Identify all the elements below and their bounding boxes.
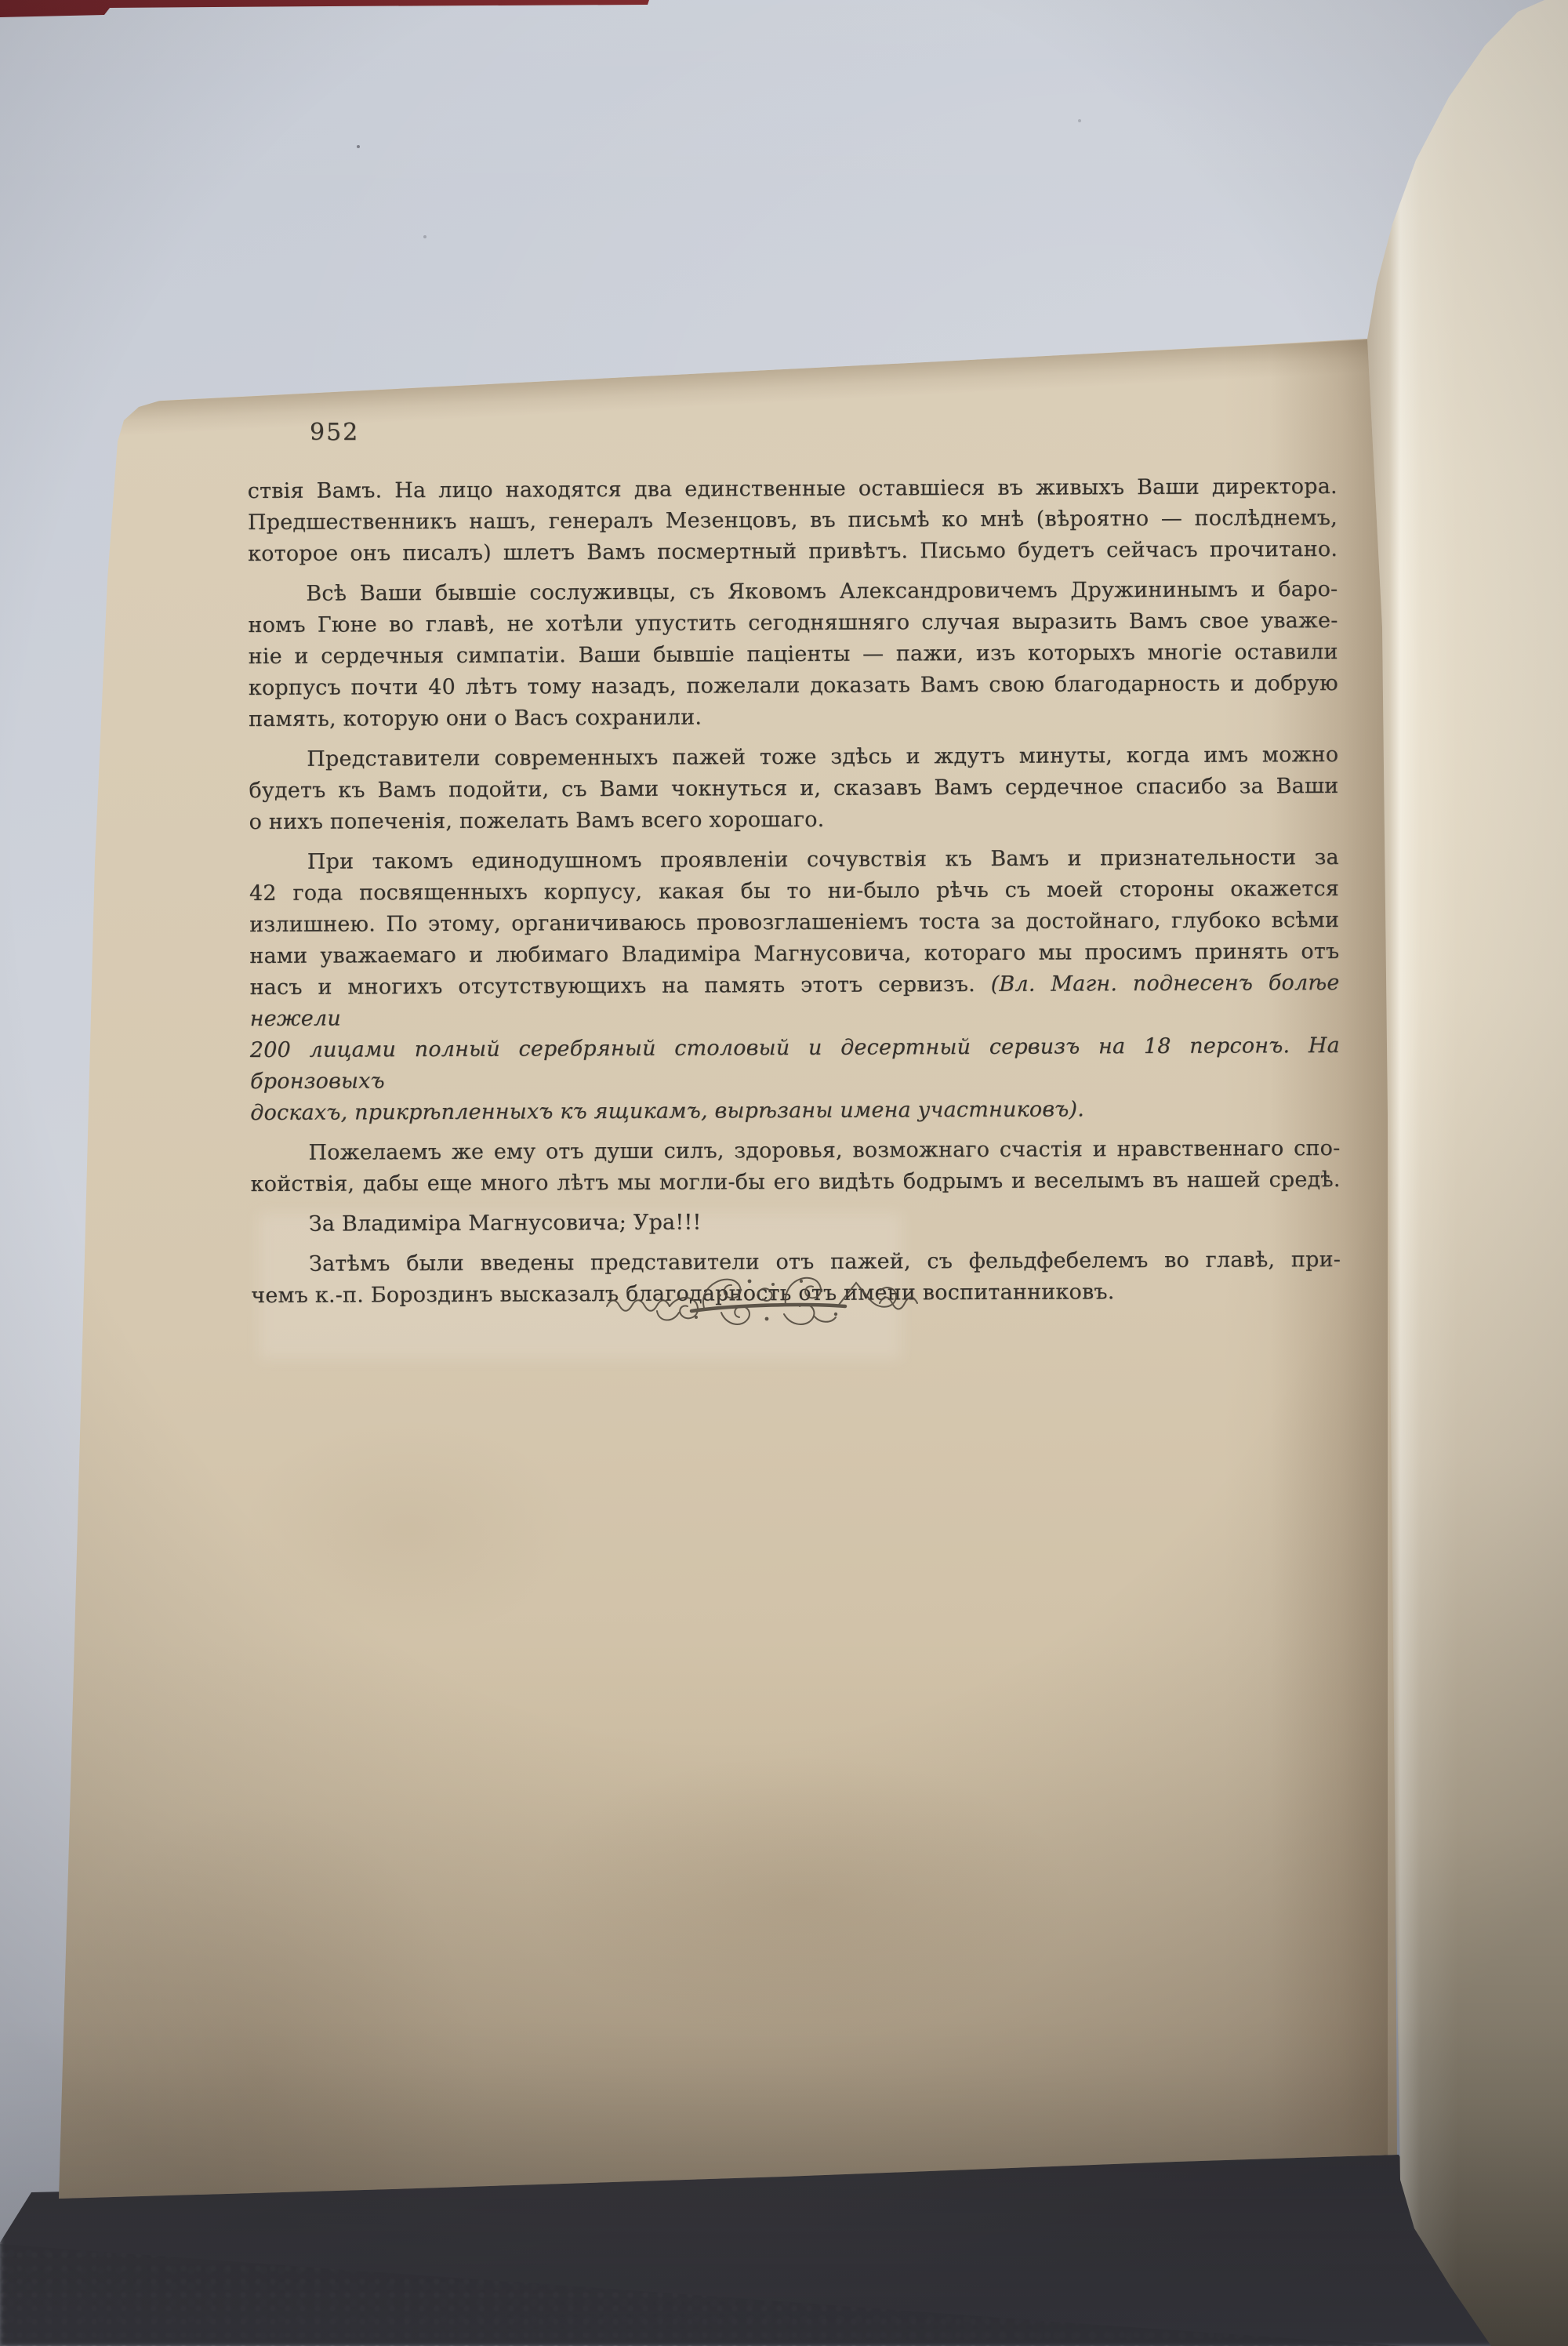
text-line: номъ Гюне во главѣ, не хотѣли упустить с… [248,605,1338,641]
text-line: память, которую они о Васъ сохранили. [249,699,1338,735]
text-line: о нихъ попеченія, пожелать Вамъ всего хо… [249,802,1339,838]
paragraph: При такомъ единодушномъ проявленіи сочув… [249,842,1341,1129]
text-segment: насъ и многихъ отсутствующихъ на память … [249,972,990,1000]
text-line: При такомъ единодушномъ проявленіи сочув… [249,842,1339,878]
text-segment: которое онъ писалъ) шлетъ Вамъ посмертны… [248,537,1338,566]
text-segment: ствія Вамъ. На лицо находятся два единст… [248,474,1338,503]
text-segment: о нихъ попеченія, пожелать Вамъ всего хо… [249,808,825,834]
paragraph: ствія Вамъ. На лицо находятся два единст… [248,471,1338,570]
paragraph: За Владиміра Магнусовича; Ура!!! [251,1204,1341,1240]
text-segment: Всѣ Ваши бывшіе сослуживцы, съ Яковомъ А… [306,577,1338,606]
text-line: Всѣ Ваши бывшіе сослуживцы, съ Яковомъ А… [248,574,1338,610]
text-line: 200 лицами полный серебряный столовый и … [250,1030,1340,1098]
text-line: будетъ къ Вамъ подойти, съ Вами чокнутьс… [249,771,1338,807]
text-segment: номъ Гюне во главѣ, не хотѣли упустить с… [248,608,1338,637]
text-line: доскахъ, прикрѣпленныхъ къ ящикамъ, вырѣ… [250,1093,1340,1129]
text-line: насъ и многихъ отсутствующихъ на память … [249,968,1339,1035]
flourish-divider-icon [604,1264,933,1342]
text-line: ніе и сердечныя симпатіи. Ваши бывшіе па… [249,637,1338,673]
text-segment: При такомъ единодушномъ проявленіи сочув… [307,845,1339,874]
text-segment: будетъ къ Вамъ подойти, съ Вами чокнутьс… [249,774,1338,803]
text-segment: койствія, дабы еще много лѣтъ мы могли-б… [251,1168,1341,1197]
text-line: 42 года посвященныхъ корпусу, какая бы т… [249,873,1339,910]
paragraph: Представители современныхъ пажей тоже зд… [249,739,1339,838]
text-line: За Владиміра Магнусовича; Ура!!! [251,1204,1341,1240]
italic-text-segment: 200 лицами полный серебряный столовый и … [250,1033,1340,1094]
text-line: излишнею. По этому, органичиваюсь провоз… [249,905,1339,941]
text-line: Пожелаемъ же ему отъ души силъ, здоровья… [250,1133,1340,1169]
text-segment: Пожелаемъ же ему отъ души силъ, здоровья… [308,1136,1340,1165]
text-line: корпусъ почти 40 лѣтъ тому назадъ, пожел… [249,668,1338,704]
dust-speck [357,145,360,148]
paragraph: Пожелаемъ же ему отъ души силъ, здоровья… [250,1133,1340,1200]
book-photo: 952 ствія Вамъ. На лицо находятся два ед… [0,0,1568,2346]
text-segment: излишнею. По этому, органичиваюсь провоз… [249,908,1339,937]
text-segment: ніе и сердечныя симпатіи. Ваши бывшіе па… [249,640,1338,669]
paragraph: Всѣ Ваши бывшіе сослуживцы, съ Яковомъ А… [248,574,1338,735]
dust-speck [423,235,426,238]
text-segment: Представители современныхъ пажей тоже зд… [307,743,1338,772]
text-line: Предшественникъ нашъ, генералъ Мезенцовъ… [248,503,1338,539]
text-line: койствія, дабы еще много лѣтъ мы могли-б… [251,1164,1341,1200]
text-segment: корпусъ почти 40 лѣтъ тому назадъ, пожел… [249,671,1338,700]
page-number: 952 [310,419,359,446]
text-line: Представители современныхъ пажей тоже зд… [249,739,1338,775]
text-segment: За Владиміра Магнусовича; Ура!!! [309,1211,702,1237]
text-line: нами уважаемаго и любимаго Владиміра Маг… [249,936,1339,972]
text-line: которое онъ писалъ) шлетъ Вамъ посмертны… [248,534,1338,570]
page-text: ствія Вамъ. На лицо находятся два единст… [248,471,1341,1312]
text-line: ствія Вамъ. На лицо находятся два единст… [248,471,1338,507]
text-segment: Предшественникъ нашъ, генералъ Мезенцовъ… [248,506,1338,535]
text-segment: нами уважаемаго и любимаго Владиміра Маг… [249,939,1339,968]
text-segment: 42 года посвященныхъ корпусу, какая бы т… [249,877,1339,906]
text-segment: память, которую они о Васъ сохранили. [249,706,702,732]
dust-speck [1078,119,1081,122]
italic-text-segment: доскахъ, прикрѣпленныхъ къ ящикамъ, вырѣ… [250,1097,1084,1125]
